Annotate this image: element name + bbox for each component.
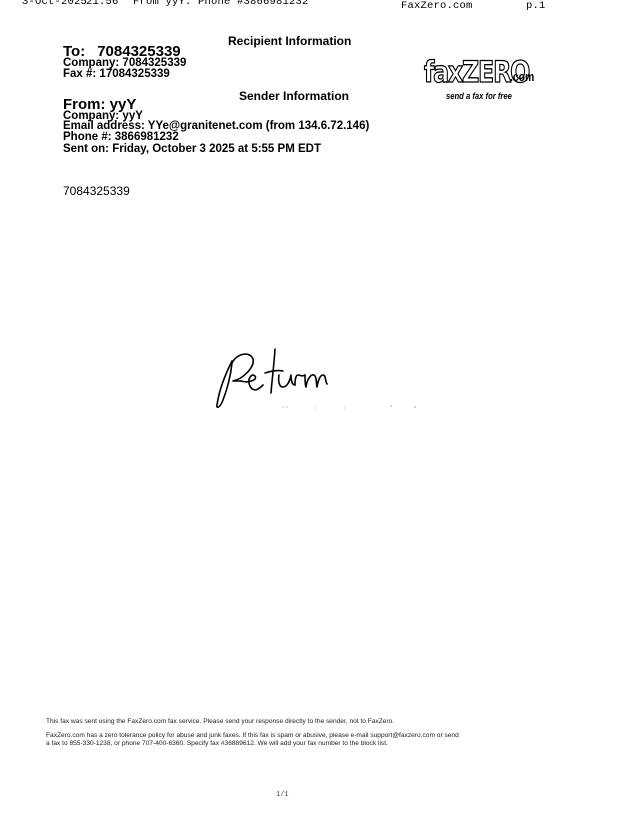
footer-policy-line-2: a fax to 855-330-1238, or phone 707-400-… bbox=[46, 740, 388, 747]
header-from: From yyY. Phone #3866981232 bbox=[133, 0, 309, 8]
header-site: FaxZero.com bbox=[401, 0, 473, 12]
header-page-number: p.1 bbox=[526, 0, 546, 12]
logo-suffix: .com bbox=[510, 69, 534, 84]
message-body: 7084325339 bbox=[63, 184, 130, 198]
handwritten-return-signature: Return bbox=[195, 335, 435, 415]
sender-heading: Sender Information bbox=[239, 89, 349, 103]
recipient-fax-number: Fax #: 17084325339 bbox=[63, 68, 170, 80]
logo-tagline: send a fax for free bbox=[446, 91, 512, 101]
footer-service-note: This fax was sent using the FaxZero.com … bbox=[46, 718, 394, 725]
header-time: 21:56 bbox=[86, 0, 119, 8]
page-count: 1/1 bbox=[276, 791, 289, 799]
recipient-heading: Recipient Information bbox=[228, 34, 351, 48]
sender-phone: Phone #: 3866981232 bbox=[63, 131, 179, 143]
header-date: 3-Oct-2025 bbox=[22, 0, 87, 8]
footer-policy-line-1: FaxZero.com has a zero tolerance policy … bbox=[46, 732, 459, 739]
sent-on: Sent on: Friday, October 3 2025 at 5:55 … bbox=[63, 143, 321, 155]
faxzero-logo: faxZERO .com send a fax for free bbox=[424, 55, 544, 107]
